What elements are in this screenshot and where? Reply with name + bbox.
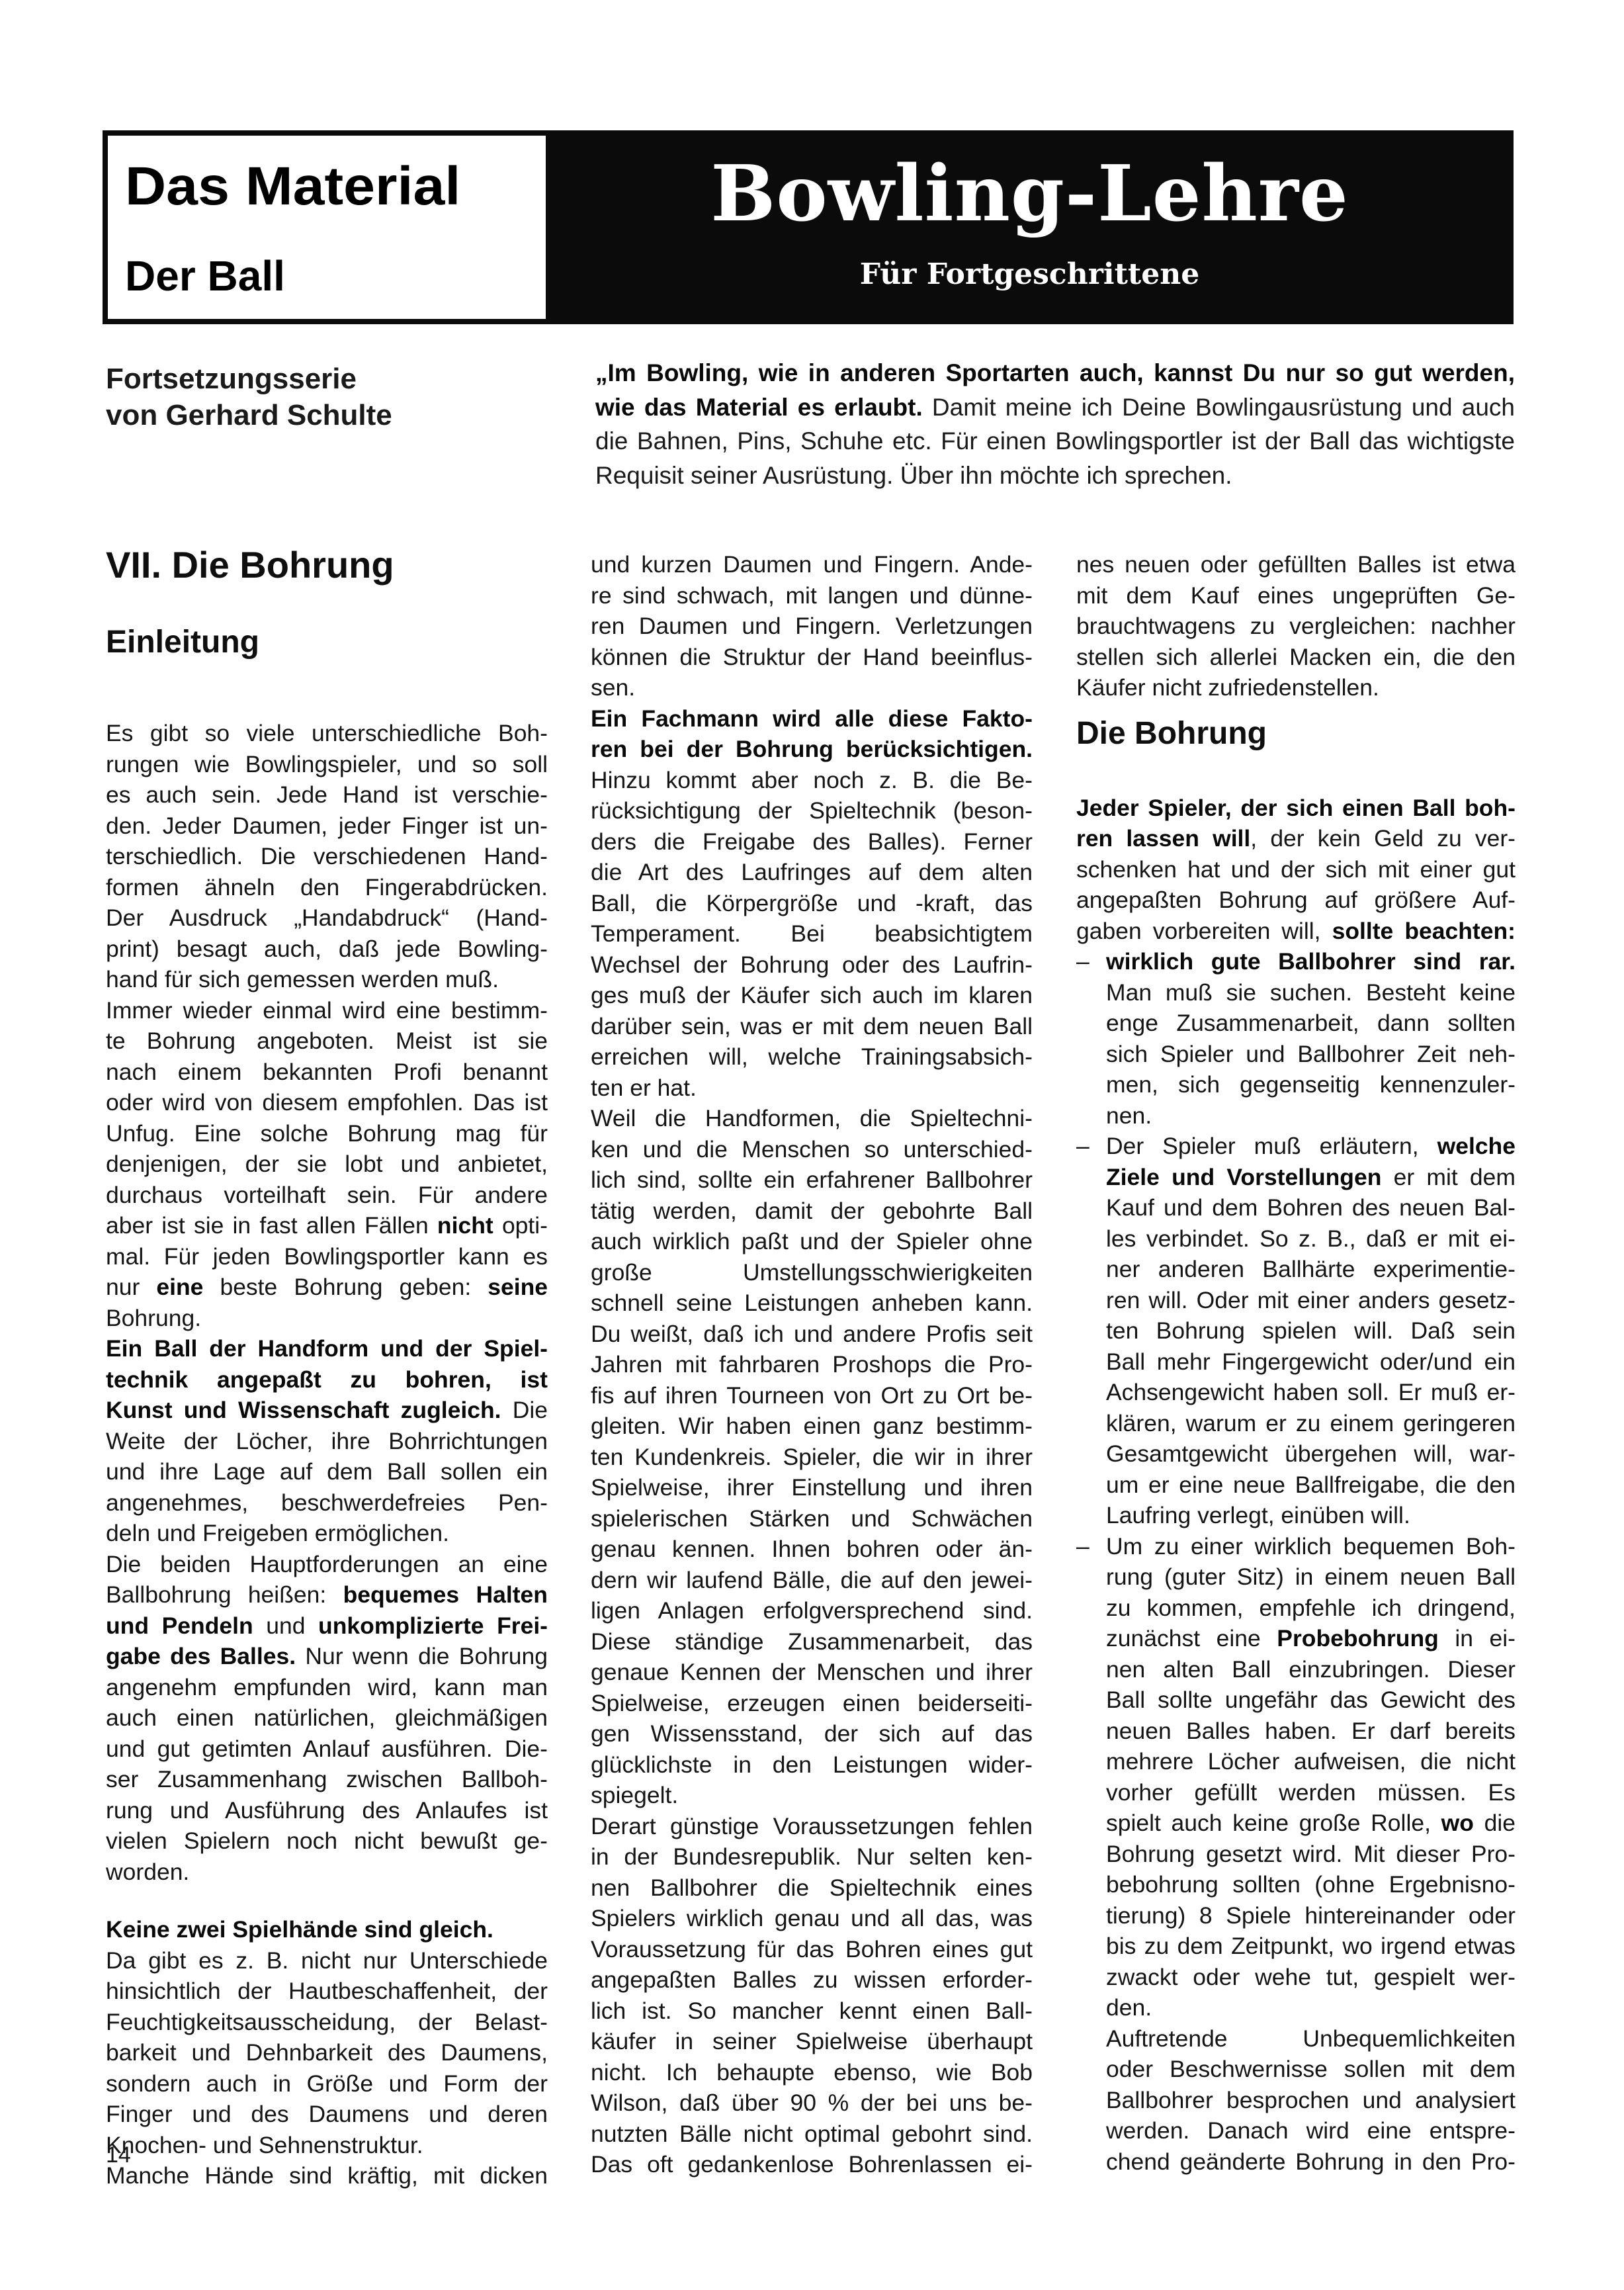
text-line: bebohrung sollten (ohne Ergebnisno- [1106,1869,1516,1900]
bold-text: Keine zwei Spielhände sind gleich. [106,1916,493,1943]
text-run: rücksichtigung der Spieltechnik (beson- [591,797,1033,824]
text-run: les verbindet. So z. B., daß er mit ei- [1106,1225,1516,1252]
text-line: denjenigen, der sie lobt und anbietet, [106,1149,548,1179]
text-line: nen Ballbohrer die Spieltechnik eines [591,1872,1033,1903]
text-line: Wechsel der Bohrung oder des Laufrin- [591,949,1033,980]
section-heading-die-bohrung: Die Bohrung [1076,718,1267,750]
text-line: Jahren mit fahrbaren Proshops die Pro- [591,1349,1033,1380]
header-banner: Das Material Der Ball Bowling-Lehre Für … [103,130,1514,324]
text-line: Derart günstige Voraussetzungen fehlen [591,1811,1033,1841]
text-run: mit dem Kauf eines ungeprüften Ge- [1076,582,1516,609]
text-run: vorher gefüllt werden müssen. Es [1106,1779,1516,1806]
text-run: enge Zusammenarbeit, dann sollten [1106,1010,1516,1036]
text-line: auch einen natürlichen, gleichmäßigen [106,1702,548,1733]
text-line: auch wirklich paßt und der Spieler ohne [591,1226,1033,1256]
text-line: fis auf ihren Tourneen von Ort zu Ort be… [591,1380,1033,1411]
text-line: ligen Anlagen erfolgversprechend sind. [591,1595,1033,1626]
text-run: den. Jeder Daumen, jeder Finger ist un- [106,813,548,839]
text-line: sondern auch in Größe und Form der [106,2068,548,2099]
text-line: mehrere Löcher aufweisen, die nicht [1106,1746,1516,1777]
text-line: gen Wissensstand, der sich auf das [591,1718,1033,1749]
text-run: nen Ballbohrer die Spieltechnik eines [591,1874,1033,1901]
text-line: Es gibt so viele unterschiedliche Boh- [106,718,548,748]
text-run: Ball, die Körpergröße und -kraft, das [591,890,1033,916]
text-line: Manche Hände sind kräftig, mit dicken [106,2160,548,2191]
bold-text: ren lassen will [1076,825,1250,852]
text-run: oder wird von diesem empfohlen. Das ist [106,1089,548,1116]
text-line: Bohrung gesetzt wird. Mit dieser Pro- [1106,1839,1516,1869]
text-run: oder Beschwernisse sollen mit dem [1106,2056,1516,2082]
bold-text: bequemes Halten [343,1581,548,1608]
text-run: genau kennen. Ihnen bohren oder än- [591,1536,1033,1562]
text-run: formen ähneln den Fingerabdrücken. [106,874,548,901]
text-line: es auch sein. Jede Hand ist verschie- [106,779,548,810]
text-line: Der Ausdruck „Handabdruck“ (Hand- [106,903,548,933]
bold-text: Kunst und Wissenschaft zugleich. [106,1397,501,1423]
text-line: dern wir laufend Bälle, die auf den jewe… [591,1565,1033,1595]
text-line: lich sind, sollte ein erfahrener Ballboh… [591,1165,1033,1195]
text-line: mal. Für jeden Bowlingsportler kann es [106,1241,548,1272]
text-line: Das oft gedankenlose Bohrenlassen ei- [591,2149,1033,2180]
text-line: formen ähneln den Fingerabdrücken. [106,872,548,903]
text-run: Finger und des Daumens und deren [106,2101,548,2127]
text-line: Knochen- und Sehnenstruktur. [106,2130,548,2160]
text-run: te Bohrung angeboten. Meist ist sie [106,1028,548,1054]
list-bullet-dash: – [1076,946,1103,977]
text-line: tierung) 8 Spiele hintereinander oder [1106,1900,1516,1931]
text-line: Du weißt, daß ich und andere Profis seit [591,1319,1033,1349]
text-line: Immer wieder einmal wird eine bestimm- [106,995,548,1026]
text-run: neuen Balles haben. Er darf bereits [1106,1718,1516,1744]
text-line: Ziele und Vorstellungen er mit dem [1106,1162,1516,1192]
section-title: Das Material [125,159,460,214]
text-line: nur eine beste Bohrung geben: seine [106,1272,548,1302]
text-run: Man muß sie suchen. Besteht keine [1106,979,1516,1006]
bold-text: nicht [437,1212,493,1239]
text-run: ligen Anlagen erfolgversprechend sind. [591,1597,1033,1624]
text-line: Weite der Löcher, ihre Bohrrichtungen [106,1426,548,1456]
text-line: in der Bundesrepublik. Nur selten ken- [591,1841,1033,1872]
text-run: ren Daumen und Fingern. Verletzungen [591,613,1033,639]
text-line: Spielweise, erzeugen einen beiderseiti- [591,1688,1033,1718]
text-run: Ball sollte ungefähr das Gewicht des [1106,1687,1516,1713]
text-run: hand für sich gemessen werden muß. [106,966,499,992]
text-line: Ball mehr Fingergewicht oder/und ein [1106,1346,1516,1377]
text-run: Spielweise, ihrer Einstellung und ihren [591,1474,1033,1501]
text-line: und Pendeln und unkomplizierte Frei- [106,1610,548,1641]
text-run: ren will. Oder mit einer anders gesetz- [1106,1287,1516,1313]
text-run: Temperament. Bei beabsichtigtem [591,920,1033,947]
text-run: nicht. Ich behaupte ebenso, wie Bob [591,2059,1033,2086]
text-line: und gut getimten Anlauf ausführen. Die- [106,1734,548,1764]
text-line: les verbindet. So z. B., daß er mit ei- [1106,1223,1516,1254]
text-line: neuen Balles haben. Er darf bereits [1106,1716,1516,1746]
text-run: Weil die Handformen, die Spieltechni- [591,1105,1033,1131]
bold-text: Probebohrung [1277,1625,1439,1651]
text-run: denjenigen, der sie lobt und anbietet, [106,1151,548,1177]
text-line: ser Zusammenhang zwischen Ballboh- [106,1764,548,1794]
text-run: zunächst eine [1106,1625,1277,1651]
text-run: Ball mehr Fingergewicht oder/und ein [1106,1348,1516,1375]
text-run: bis zu dem Zeitpunkt, wo irgend etwas [1106,1933,1516,1959]
bold-text: wo [1441,1810,1474,1836]
text-line: käufer in seiner Spielweise überhaupt [591,2026,1033,2056]
text-run: nutzten Bälle nicht optimal gebohrt sind… [591,2121,1033,2147]
text-run: können die Struktur der Hand beeinflus- [591,644,1033,670]
series-title-box: Bowling-Lehre Für Fortgeschrittene [546,130,1514,324]
text-run: und gut getimten Anlauf ausführen. Die- [106,1736,548,1762]
text-run: tierung) 8 Spiele hintereinander oder [1106,1902,1516,1929]
text-line: tätig werden, damit der gebohrte Ball [591,1196,1033,1226]
text-line: spielerischen Stärken und Schwächen [591,1503,1033,1534]
text-run: gen Wissensstand, der sich auf das [591,1720,1033,1747]
text-line: barkeit und Dehnbarkeit des Daumens, [106,2037,548,2068]
text-line: um er eine neue Ballfreigabe, die den [1106,1470,1516,1500]
text-run: ges muß der Käufer sich auch im klaren [591,982,1033,1008]
text-line: Finger und des Daumens und deren [106,2099,548,2129]
bold-text: unkomplizierte Frei- [318,1612,548,1639]
text-run: Es gibt so viele unterschiedliche Boh- [106,720,548,746]
text-run: re sind schwach, mit langen und dünne- [591,582,1033,609]
text-run: darüber sein, was er mit dem neuen Ball [591,1013,1033,1039]
text-run: sen. [591,674,635,701]
text-line: men, sich gegenseitig kennenzuler- [1106,1069,1516,1100]
text-line: und ihre Lage auf dem Ball sollen ein [106,1456,548,1487]
text-run: werden. Danach wird eine entspre- [1106,2117,1516,2144]
bold-text: und Pendeln [106,1612,253,1639]
text-run: men, sich gegenseitig kennenzuler- [1106,1071,1516,1098]
text-run: Du weißt, daß ich und andere Profis seit [591,1321,1033,1347]
text-line: ren will. Oder mit einer anders gesetz- [1106,1285,1516,1315]
text-run: den. [1106,1994,1152,2021]
text-line: Hinzu kommt aber noch z. B. die Be- [591,765,1033,795]
text-run: schenken hat und der sich mit einer gut [1076,856,1516,883]
section-heading-einleitung: Einleitung [106,627,259,658]
text-line: Käufer nicht zufriedenstellen. [1076,672,1516,703]
text-line: Jeder Spieler, der sich einen Ball boh- [1076,793,1516,823]
text-run: sich Spieler und Ballbohrer Zeit neh- [1106,1041,1516,1067]
text-run: ten er hat. [591,1075,697,1101]
text-run: dern wir laufend Bälle, die auf den jewe… [591,1567,1033,1593]
text-line: spiegelt. [591,1780,1033,1810]
text-run: auch wirklich paßt und der Spieler ohne [591,1228,1033,1255]
text-line: ren bei der Bohrung berücksichtigen. [591,734,1033,764]
bold-text: Ein Fachmann wird alle diese Fakto- [591,705,1033,732]
text-line: schenken hat und der sich mit einer gut [1076,854,1516,885]
text-line: ten er hat. [591,1073,1033,1103]
text-line: gabe des Balles. Nur wenn die Bohrung [106,1641,548,1671]
text-run: Manche Hände sind kräftig, mit dicken [106,2162,548,2189]
bold-text: ren bei der Bohrung berücksichtigen. [591,736,1033,762]
text-run: chend geänderte Bohrung in den Pro- [1106,2148,1516,2175]
text-run: bebohrung sollten (ohne Ergebnisno- [1106,1871,1516,1898]
text-line: bis zu dem Zeitpunkt, wo irgend etwas [1106,1931,1516,1961]
text-run: schnell seine Leistungen anheben kann. [591,1290,1033,1316]
text-line: zu kommen, empfehle ich dringend, [1106,1593,1516,1623]
text-line: Ballbohrer besprochen und analysiert [1106,2085,1516,2115]
text-line: rücksichtigung der Spieltechnik (beson- [591,795,1033,826]
page-number: 14 [106,2142,131,2168]
text-line: Ein Fachmann wird alle diese Fakto- [591,703,1033,734]
text-line: Keine zwei Spielhände sind gleich. [106,1914,548,1945]
text-line: Unfug. Eine solche Bohrung mag für [106,1118,548,1149]
text-run: in der Bundesrepublik. Nur selten ken- [591,1843,1033,1870]
text-run: Ballbohrung heißen: [106,1581,343,1608]
text-run: worden. [106,1859,189,1885]
text-run: Die [501,1397,548,1423]
text-line: ren lassen will, der kein Geld zu ver- [1076,823,1516,854]
text-line: erreichen will, welche Trainingsabsich- [591,1041,1033,1072]
text-run: Wilson, daß über 90 % der bei uns be- [591,2090,1033,2116]
text-run: Unfug. Eine solche Bohrung mag für [106,1120,548,1147]
text-run: Jahren mit fahrbaren Proshops die Pro- [591,1351,1033,1378]
text-line: nicht. Ich behaupte ebenso, wie Bob [591,2057,1033,2088]
text-run: genaue Kennen der Menschen und ihrer [591,1659,1033,1685]
text-line: print) besagt auch, daß jede Bowling- [106,934,548,964]
text-run: erreichen will, welche Trainingsabsich- [591,1043,1033,1070]
chapter-heading: VII. Die Bohrung [106,547,394,584]
text-line: gleiten. Wir haben einen ganz bestimm- [591,1411,1033,1441]
bold-text: Jeder Spieler, der sich einen Ball boh- [1076,795,1516,821]
text-run: ken und die Menschen so unterschied- [591,1136,1033,1163]
text-run: und [253,1612,318,1639]
text-run: Feuchtigkeitsausscheidung, der Belast- [106,2009,548,2035]
text-line: ner anderen Ballhärte experimentie- [1106,1254,1516,1284]
text-line: genaue Kennen der Menschen und ihrer [591,1657,1033,1687]
text-line: angepaßten Balles zu wissen erforder- [591,1964,1033,1995]
text-line: Auftretende Unbequemlichkeiten [1106,2023,1516,2054]
text-run: spielt auch keine große Rolle, [1106,1810,1441,1836]
text-line: ten Bohrung spielen will. Daß sein [1106,1315,1516,1346]
text-run: spiegelt. [591,1782,678,1808]
text-run: barkeit und Dehnbarkeit des Daumens, [106,2039,548,2066]
text-run: zu kommen, empfehle ich dringend, [1106,1595,1516,1621]
text-run: spielerischen Stärken und Schwächen [591,1505,1033,1532]
text-run: Der Ausdruck „Handabdruck“ (Hand- [106,904,548,931]
text-run: Kauf und dem Bohren des neuen Bal- [1106,1194,1516,1221]
text-run: stellen sich allerlei Macken ein, die de… [1076,644,1516,670]
text-line: Achsengewicht haben soll. Er muß er- [1106,1377,1516,1407]
text-run: die [1474,1810,1516,1836]
text-line: Weil die Handformen, die Spieltechni- [591,1103,1033,1133]
text-run: vielen Spielern noch nicht bewußt ge- [106,1828,548,1854]
text-line: angenehm empfunden wird, kann man [106,1672,548,1702]
text-run: und kurzen Daumen und Fingern. Ande- [591,551,1033,578]
text-run: nur [106,1274,156,1300]
text-line: worden. [106,1857,548,1887]
author-byline: Fortsetzungsserie von Gerhard Schulte [106,361,392,433]
text-line: hinsichtlich der Hautbeschaffenheit, der [106,1976,548,2006]
text-line: aber ist sie in fast allen Fällen nicht … [106,1210,548,1241]
text-run: ner anderen Ballhärte experimentie- [1106,1256,1516,1282]
text-run: Ballbohrer besprochen und analysiert [1106,2087,1516,2113]
text-run: hinsichtlich der Hautbeschaffenheit, der [106,1978,548,2004]
text-line: spielt auch keine große Rolle, wo die [1106,1808,1516,1838]
text-line: Temperament. Bei beabsichtigtem [591,918,1033,949]
text-line: gaben vorbereiten will, sollte beachten: [1076,916,1516,946]
text-line: nutzten Bälle nicht optimal gebohrt sind… [591,2119,1033,2149]
text-line: brauchtwagens zu vergleichen: nachher [1076,611,1516,641]
text-run: in ei- [1439,1625,1516,1651]
bold-text: Ziele und Vorstellungen [1106,1164,1381,1190]
text-run: brauchtwagens zu vergleichen: nachher [1076,613,1516,639]
text-line: sich Spieler und Ballbohrer Zeit neh- [1106,1039,1516,1069]
text-run: Weite der Löcher, ihre Bohrrichtungen [106,1428,548,1454]
text-run: zwackt oder wehe tut, gespielt wer- [1106,1964,1516,1990]
text-run: ten Kundenkreis. Spieler, die wir in ihr… [591,1444,1033,1470]
text-line: ges muß der Käufer sich auch im klaren [591,980,1033,1010]
text-line: Man muß sie suchen. Besteht keine [1106,977,1516,1008]
text-run: angenehm empfunden wird, kann man [106,1674,548,1700]
list-bullet-dash: – [1076,1131,1103,1161]
text-run: nach einem bekannten Profi benannt [106,1059,548,1085]
text-run: ders die Freigabe des Balles). Ferner [591,828,1033,855]
text-line: enge Zusammenarbeit, dann sollten [1106,1008,1516,1038]
text-run: mehrere Löcher aufweisen, die nicht [1106,1748,1516,1775]
text-run: Immer wieder einmal wird eine bestimm- [106,997,548,1024]
series-label: Fortsetzungsserie [106,361,392,397]
text-line: Der Spieler muß erläutern, welche [1106,1131,1516,1161]
text-run: Der Spieler muß erläutern, [1106,1133,1437,1159]
text-run: Da gibt es z. B. nicht nur Unterschiede [106,1947,548,1974]
text-run: nen alten Ball einzubringen. Dieser [1106,1656,1516,1683]
text-line: vorher gefüllt werden müssen. Es [1106,1777,1516,1808]
text-run: rungen wie Bowlingspieler, und so soll [106,751,548,777]
text-run: terschiedlich. Die verschiedenen Hand- [106,843,548,869]
text-line: wirklich gute Ballbohrer sind rar. [1106,946,1516,977]
text-run: print) besagt auch, daß jede Bowling- [106,936,548,962]
text-line: ken und die Menschen so unterschied- [591,1134,1033,1165]
bold-text: technik angepaßt zu bohren, ist [106,1366,548,1393]
text-run: um er eine neue Ballfreigabe, die den [1106,1472,1516,1498]
text-line: Ball sollte ungefähr das Gewicht des [1106,1685,1516,1715]
text-run: Gesamtgewicht übergehen will, war- [1106,1440,1516,1467]
text-line: die Art des Laufringes auf dem alten [591,857,1033,887]
text-line: rung und Ausführung des Anlaufes ist [106,1795,548,1826]
text-run: er mit dem [1381,1164,1516,1190]
series-subtitle: Für Fortgeschrittene [546,260,1514,289]
text-line: Da gibt es z. B. nicht nur Unterschiede [106,1945,548,1976]
text-line: Kauf und dem Bohren des neuen Bal- [1106,1192,1516,1223]
text-line: Ballbohrung heißen: bequemes Halten [106,1579,548,1610]
text-line: te Bohrung angeboten. Meist ist sie [106,1026,548,1056]
text-line: sen. [591,672,1033,703]
text-line: und kurzen Daumen und Fingern. Ande- [591,549,1033,580]
text-line: ders die Freigabe des Balles). Ferner [591,826,1033,857]
text-line: schnell seine Leistungen anheben kann. [591,1288,1033,1318]
text-run: Diese ständige Zusammenarbeit, das [591,1628,1033,1655]
text-run: beste Bohrung geben: [203,1274,488,1300]
text-line: Wilson, daß über 90 % der bei uns be- [591,2088,1033,2118]
text-run: deln und Freigeben ermöglichen. [106,1520,449,1546]
text-run: Voraussetzung für das Bohren eines gut [591,1936,1033,1962]
text-run: aber ist sie in fast allen Fällen [106,1212,437,1239]
text-line: Die beiden Hauptforderungen an eine [106,1549,548,1579]
text-line: stellen sich allerlei Macken ein, die de… [1076,642,1516,672]
text-line: genau kennen. Ihnen bohren oder än- [591,1534,1033,1564]
text-run: Knochen- und Sehnenstruktur. [106,2132,423,2158]
author-name: von Gerhard Schulte [106,397,392,433]
text-line: Feuchtigkeitsausscheidung, der Belast- [106,2007,548,2037]
text-line: rungen wie Bowlingspieler, und so soll [106,749,548,779]
series-title: Bowling-Lehre [546,155,1514,232]
text-line: deln und Freigeben ermöglichen. [106,1518,548,1548]
text-run: Die beiden Hauptforderungen an eine [106,1551,548,1577]
section-label-box: Das Material Der Ball [108,136,546,319]
text-run: Nur wenn die Bohrung [296,1643,548,1669]
text-run: Bohrung gesetzt wird. Mit dieser Pro- [1106,1841,1516,1867]
text-line: werden. Danach wird eine entspre- [1106,2115,1516,2146]
text-run: rung und Ausführung des Anlaufes ist [106,1797,548,1824]
text-run: käufer in seiner Spielweise überhaupt [591,2028,1033,2054]
text-line: Kunst und Wissenschaft zugleich. Die [106,1395,548,1425]
text-run: gaben vorbereiten will, [1076,918,1332,944]
text-run: Laufring verlegt, einüben will. [1106,1502,1410,1528]
text-line: Ball, die Körpergröße und -kraft, das [591,888,1033,918]
text-line: Laufring verlegt, einüben will. [1106,1500,1516,1530]
list-bullet-dash: – [1076,1531,1103,1562]
text-run: Spielweise, erzeugen einen beiderseiti- [591,1690,1033,1716]
lead-paragraph: „Im Bowling, wie in anderen Sportarten a… [595,356,1515,492]
text-run: Wechsel der Bohrung oder des Laufrin- [591,951,1033,978]
text-run: tätig werden, damit der gebohrte Ball [591,1198,1033,1224]
text-line: technik angepaßt zu bohren, ist [106,1364,548,1395]
text-line: chend geänderte Bohrung in den Pro- [1106,2146,1516,2177]
text-run: Um zu einer wirklich bequemen Boh- [1106,1533,1516,1560]
text-run: angenehmes, beschwerdefreies Pen- [106,1489,548,1516]
bold-text: seine [488,1274,548,1300]
bold-text: gabe des Balles. [106,1643,296,1669]
text-line: rung (guter Sitz) in einem neuen Ball [1106,1562,1516,1592]
text-line: große Umstellungsschwierigkeiten [591,1257,1033,1288]
text-run: sondern auch in Größe und Form der [106,2070,548,2097]
text-line: Bohrung. [106,1303,548,1333]
text-line: Gesamtgewicht übergehen will, war- [1106,1438,1516,1469]
text-run: Das oft gedankenlose Bohrenlassen ei- [591,2151,1033,2178]
text-line: mit dem Kauf eines ungeprüften Ge- [1076,580,1516,611]
bold-text: wirklich gute Ballbohrer sind rar. [1106,948,1516,975]
text-run: Spielers wirklich genau und all das, was [591,1905,1033,1931]
text-line: Spielers wirklich genau und all das, was [591,1903,1033,1933]
text-line: lich ist. So mancher kennt einen Ball- [591,1996,1033,2026]
text-run: Achsengewicht haben soll. Er muß er- [1106,1379,1516,1405]
text-line: klären, warum er zu einem geringeren [1106,1408,1516,1438]
text-line: ren Daumen und Fingern. Verletzungen [591,611,1033,641]
text-line: terschiedlich. Die verschiedenen Hand- [106,841,548,871]
text-line: nen alten Ball einzubringen. Dieser [1106,1654,1516,1685]
text-run: Käufer nicht zufriedenstellen. [1076,674,1379,701]
text-run: große Umstellungsschwierigkeiten [591,1259,1033,1286]
text-run: , der kein Geld zu ver- [1250,825,1516,852]
text-run: lich sind, sollte ein erfahrener Ballboh… [591,1167,1033,1193]
text-line: Ein Ball der Handform und der Spiel- [106,1333,548,1364]
text-line: zunächst eine Probebohrung in ei- [1106,1623,1516,1653]
text-line: Voraussetzung für das Bohren eines gut [591,1934,1033,1964]
text-line: den. [1106,1992,1516,2023]
text-run: angepaßten Balles zu wissen erforder- [591,1966,1033,1993]
text-line: oder Beschwernisse sollen mit dem [1106,2054,1516,2084]
text-run: ten Bohrung spielen will. Daß sein [1106,1317,1516,1344]
text-run: Auftretende Unbequemlichkeiten [1106,2025,1516,2052]
text-run: durchaus vorteilhaft sein. Für andere [106,1182,548,1208]
text-line: nes neuen oder gefüllten Balles ist etwa [1076,549,1516,580]
text-line: den. Jeder Daumen, jeder Finger ist un- [106,811,548,841]
text-run: angepaßten Bohrung auf größere Auf- [1076,887,1516,913]
text-line: vielen Spielern noch nicht bewußt ge- [106,1826,548,1856]
text-run: Hinzu kommt aber noch z. B. die Be- [591,767,1033,793]
text-run: ser Zusammenhang zwischen Ballboh- [106,1766,548,1792]
text-line: zwackt oder wehe tut, gespielt wer- [1106,1962,1516,1992]
